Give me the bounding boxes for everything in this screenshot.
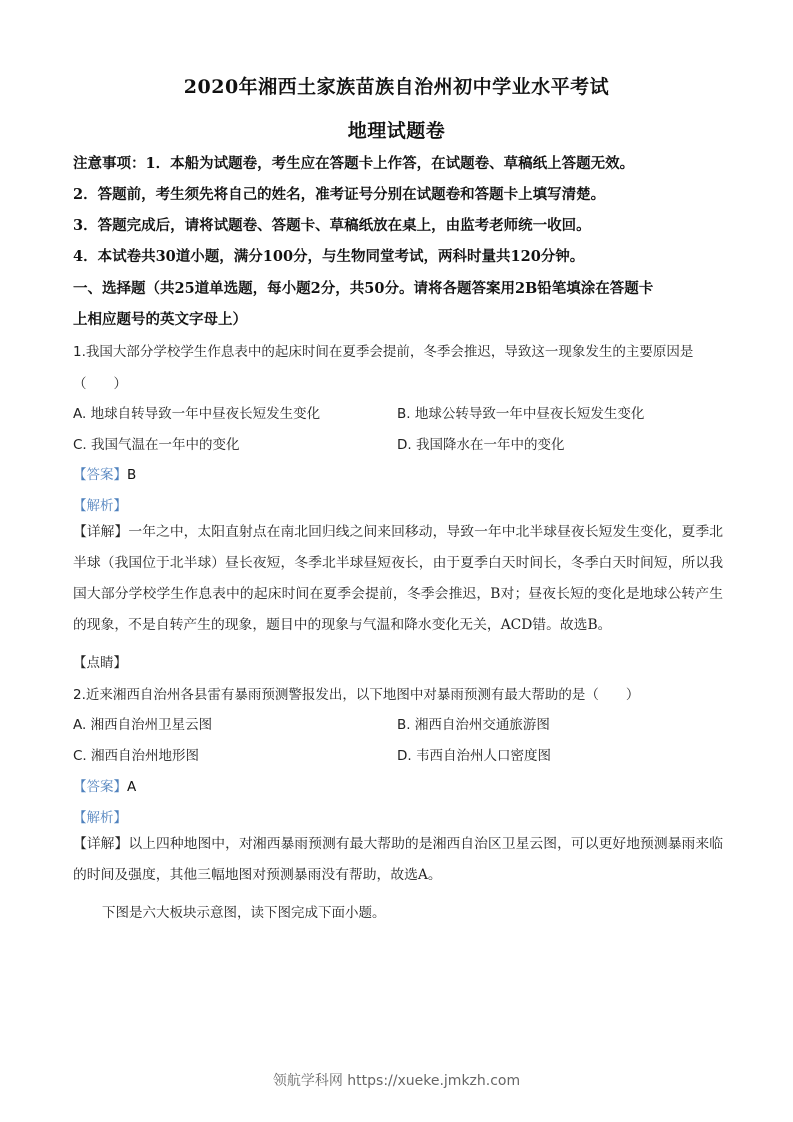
question-2-option-d: D. 韦西自治州人口密度图 — [397, 744, 551, 764]
question-1-option-a: A. 地球自转导致一年中昼夜长短发生变化 — [73, 402, 320, 422]
notice-3: 3．答题完成后，请将试题卷、答题卡、草稿纸放在桌上，由监考老师统一收回。 — [73, 214, 591, 235]
answer-value: A — [127, 779, 136, 795]
section-heading-line1: 一、选择题（共25道单选题，每小题2分，共50分。请将各题答案用2B铅笔填涂在答… — [73, 277, 653, 298]
detail-tag: 【详解】 — [73, 524, 128, 540]
question-1-detail: 【详解】一年之中，太阳直射点在南北回归线之间来回移动，导致一年中北半球昼夜长短发… — [73, 517, 723, 641]
notice-4: 4．本试卷共30道小题，满分100分，与生物同堂考试，两科时量共120分钟。 — [73, 245, 584, 266]
question-1-stem: 1.我国大部分学校学生作息表中的起床时间在夏季会提前，冬季会推迟，导致这一现象发… — [73, 340, 693, 360]
question-2-stem: 2.近来湘西自治州各县雷有暴雨预测警报发出，以下地图中对暴雨预测有最大帮助的是（… — [73, 683, 639, 703]
notice-1: 注意事项：1．本船为试题卷，考生应在答题卡上作答，在试题卷、草稿纸上答题无效。 — [73, 152, 634, 173]
next-question-intro: 下图是六大板块示意图，读下图完成下面小题。 — [102, 901, 386, 921]
footer-watermark: 领航学科网 https://xueke.jmkzh.com — [0, 1070, 793, 1090]
question-1-tip-tag: 【点睛】 — [73, 651, 127, 671]
answer-tag: 【答案】 — [73, 779, 127, 795]
detail-tag: 【详解】 — [73, 836, 128, 852]
question-1-answer: 【答案】B — [73, 463, 136, 483]
question-1-option-b: B. 地球公转导致一年中昼夜长短发生变化 — [397, 402, 644, 422]
answer-tag: 【答案】 — [73, 467, 127, 483]
question-2-detail: 【详解】以上四种地图中，对湘西暴雨预测有最大帮助的是湘西自治区卫星云图，可以更好… — [73, 829, 723, 891]
question-1-analysis-tag: 【解析】 — [73, 494, 127, 514]
answer-value: B — [127, 467, 136, 483]
exam-subtitle: 地理试题卷 — [0, 116, 793, 143]
question-1-option-d: D. 我国降水在一年中的变化 — [397, 433, 564, 453]
section-heading-line2: 上相应题号的英文字母上） — [73, 308, 247, 329]
question-2-analysis-tag: 【解析】 — [73, 806, 127, 826]
exam-page: 2020年湘西土家族苗族自治州初中学业水平考试 地理试题卷 注意事项：1．本船为… — [0, 0, 793, 1122]
question-1-option-c: C. 我国气温在一年中的变化 — [73, 433, 240, 453]
exam-title: 2020年湘西土家族苗族自治州初中学业水平考试 — [0, 72, 793, 99]
question-2-option-b: B. 湘西自治州交通旅游图 — [397, 713, 550, 733]
question-2-option-c: C. 湘西自治州地形图 — [73, 744, 199, 764]
question-2-option-a: A. 湘西自治州卫星云图 — [73, 713, 212, 733]
detail-text: 一年之中，太阳直射点在南北回归线之间来回移动，导致一年中北半球昼夜长短发生变化，… — [73, 524, 723, 633]
notice-2: 2．答题前，考生须先将自己的姓名，准考证号分别在试题卷和答题卡上填写清楚。 — [73, 183, 605, 204]
question-2-answer: 【答案】A — [73, 775, 136, 795]
question-1-blank: （ ） — [73, 372, 127, 392]
detail-text: 以上四种地图中，对湘西暴雨预测有最大帮助的是湘西自治区卫星云图，可以更好地预测暴… — [73, 836, 723, 883]
